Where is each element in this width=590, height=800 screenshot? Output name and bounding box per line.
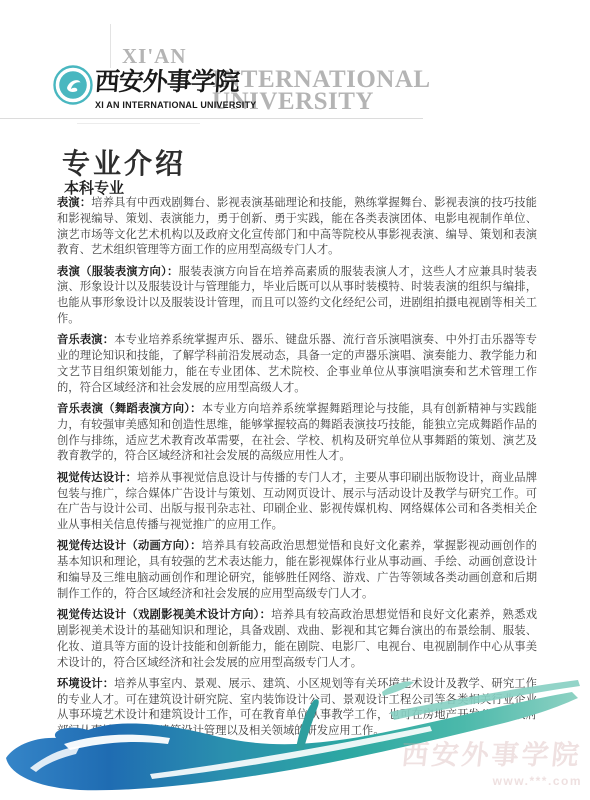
major-paragraph: 表演（服装表演方向）：服装表演方向旨在培养高素质的服装表演人才，这些人才应兼具时… (57, 265, 537, 328)
major-name-label: 视觉传达设计： (57, 472, 137, 484)
major-paragraph: 视觉传达设计（动画方向）：培养具有较高政治思想觉悟和良好文化素养，掌握影视动画创… (57, 539, 537, 602)
document-page: XI'AN INTERNATIONAL UNIVERSITY 西安外事学院 XI… (0, 0, 590, 800)
major-paragraph: 音乐表演（舞蹈表演方向）：本专业方向培养系统掌握舞蹈理论与技能，具有创新精神与实… (57, 402, 537, 465)
major-description: 本专业培养系统掌握声乐、器乐、键盘乐器、流行音乐演唱演奏、中外打击乐器等专业的理… (57, 334, 537, 393)
major-name-label: 表演： (57, 197, 91, 209)
logo-chinese-name: 西安外事学院 (94, 62, 242, 98)
logo-english-name: XI AN INTERNATIONAL UNIVERSITY (95, 100, 245, 110)
section-subtitle: 本科专业 (64, 177, 124, 198)
major-name-label: 音乐表演（舞蹈表演方向）： (57, 403, 202, 415)
university-emblem-icon (53, 65, 93, 105)
major-name-label: 音乐表演： (57, 334, 114, 346)
page-title: 专业介绍 (62, 142, 186, 182)
major-name-label: 视觉传达设计（动画方向）： (57, 540, 202, 552)
major-paragraph: 表演：培养具有中西戏剧舞台、影视表演基础理论和技能，熟练掌握舞台、影视表演的技巧… (57, 196, 537, 259)
brush-stroke-graphic (0, 640, 590, 800)
header-divider (0, 118, 423, 119)
header-divider-short (77, 123, 200, 124)
major-name-label: 表演（服装表演方向）： (57, 266, 179, 278)
major-paragraph: 视觉传达设计：培养从事视觉信息设计与传播的专门人才，主要从事印刷出版物设计，商业… (57, 471, 537, 534)
major-description: 培养具有中西戏剧舞台、影视表演基础理论和技能，熟练掌握舞台、影视表演的技巧技能和… (57, 197, 537, 256)
major-paragraph: 音乐表演：本专业培养系统掌握声乐、器乐、键盘乐器、流行音乐演唱演奏、中外打击乐器… (57, 333, 537, 396)
major-name-label: 视觉传达设计（戏剧影视美术设计方向）： (57, 609, 271, 621)
